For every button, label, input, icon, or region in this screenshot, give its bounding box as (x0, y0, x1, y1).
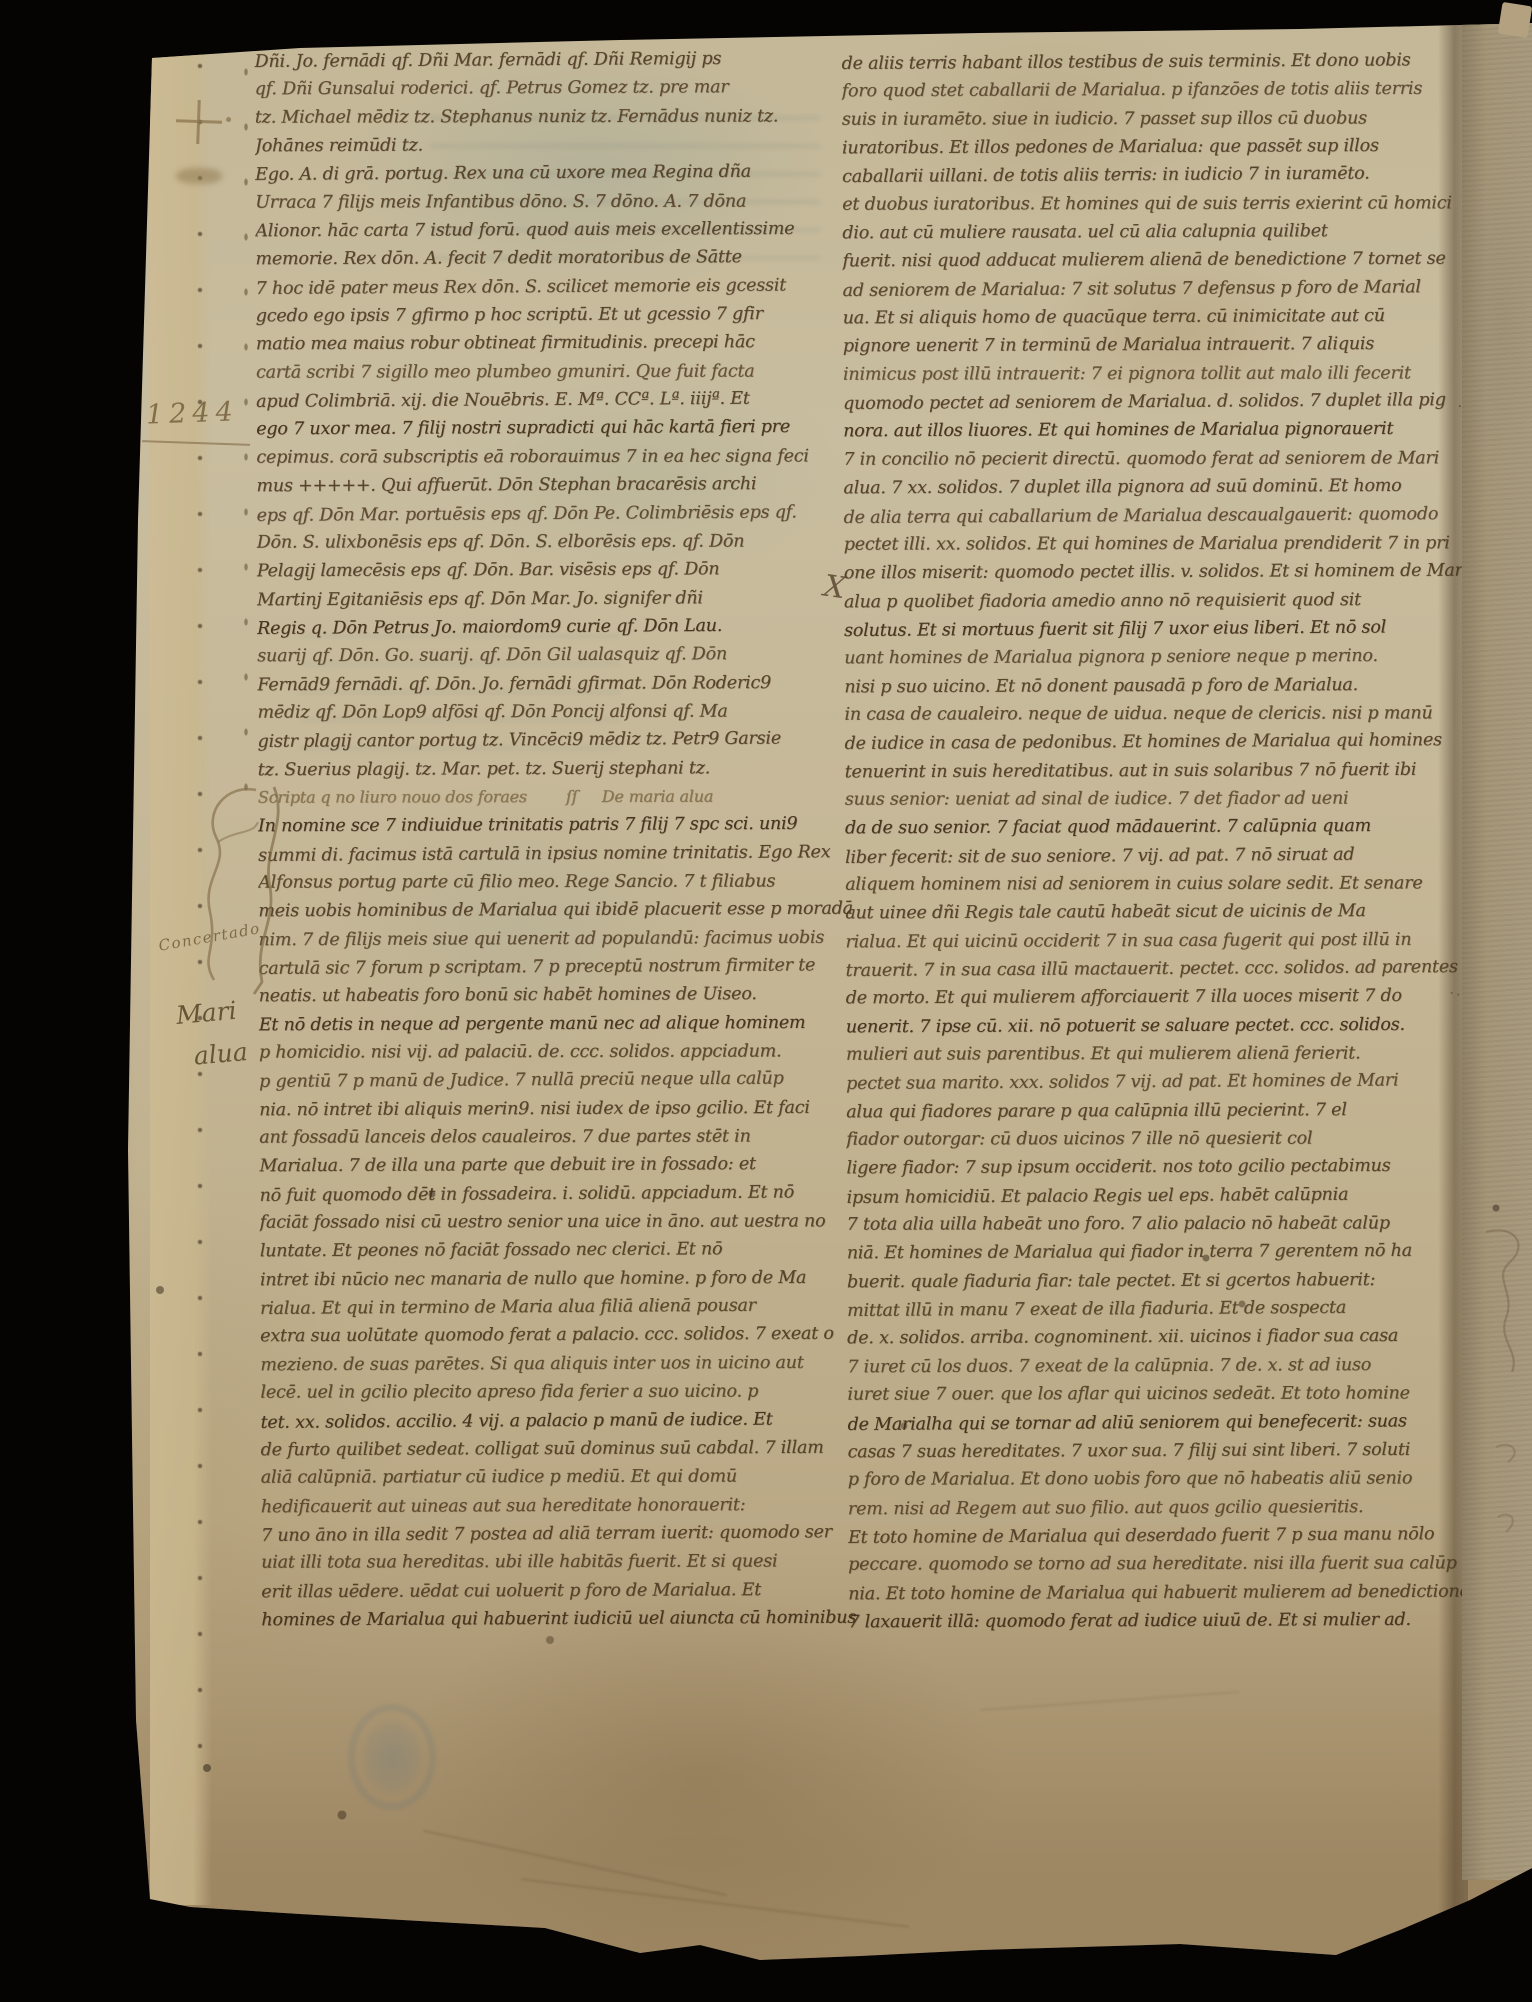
manuscript-line: intret ibi nūcio nec manaria de nullo qu… (260, 1263, 856, 1294)
manuscript-line: alua p quolibet fiadoria amedio anno nō … (844, 585, 1462, 616)
text-column-right: de aliis terris habant illos testibus de… (842, 47, 1467, 1637)
parchment-crease (521, 1878, 908, 1928)
manuscript-line: et duobus iuratoribus. Et homines qui de… (842, 189, 1460, 219)
manuscript-line: nim. 7 de filijs meis siue qui uenerit a… (258, 923, 854, 954)
manuscript-line: mēdiz qf. Dōn Lop9 alfōsi qf. Dōn Poncij… (257, 697, 853, 727)
manuscript-line: Pelagij lamecēsis eps qf. Dōn. Bar. visē… (257, 555, 853, 586)
manuscript-line: extra sua uolūtate quomodo ferat a palac… (260, 1320, 856, 1351)
manuscript-line: p homicidio. nisi vij. ad palaciū. de. c… (259, 1037, 855, 1067)
manuscript-line: Alfonsus portug parte cū filio meo. Rege… (258, 867, 854, 897)
manuscript-line: trauerit. 7 in sua casa illū mactauerit.… (845, 953, 1463, 985)
manuscript-line: dio. aut cū muliere rausata. uel cū alia… (842, 217, 1460, 248)
manuscript-line: fiador outorgar: cū duos uicinos 7 ille … (846, 1124, 1464, 1154)
manuscript-line: liber fecerit: sit de suo seniore. 7 vij… (845, 840, 1463, 872)
faded-margin-smudge (176, 168, 222, 184)
manuscript-line: de morto. Et qui mulierem afforciauerit … (846, 982, 1464, 1013)
manuscript-line: de. x. solidos. arriba. cognominent. xii… (847, 1322, 1465, 1353)
manuscript-line: rialua. Et qui uicinū occiderit 7 in sua… (845, 925, 1463, 956)
manuscript-line: mulieri aut suis parentibus. Et qui muli… (846, 1039, 1464, 1069)
ink-specks (0, 0, 4, 4)
manuscript-line: luntate. Et peones nō faciāt fossado nec… (260, 1235, 856, 1266)
margin-year-note: 1244 (145, 396, 239, 430)
cross-dot (226, 117, 231, 122)
manuscript-line: rialua. Et qui in termino de Maria alua … (260, 1291, 856, 1323)
manuscript-line: de furto quilibet sedeat. colligat suū d… (261, 1434, 857, 1465)
manuscript-photo: Dñi. Jo. fernādi qf. Dñi Mar. fernādi qf… (0, 0, 1532, 2002)
parchment-corner-tab (1498, 2, 1532, 38)
manuscript-line: aliquem hominem nisi ad seniorem in cuiu… (845, 869, 1463, 899)
manuscript-line: Et toto homine de Marialua qui deserdado… (848, 1520, 1466, 1552)
manuscript-line: mus +++++. Qui affuerūt. Dōn Stephan bra… (256, 470, 852, 501)
manuscript-line: Scripta q no liuro nouo dos foraes ſſ De… (258, 782, 854, 812)
manuscript-line: aut uinee dñi Regis tale cautū habeāt si… (845, 897, 1463, 928)
manuscript-line: caballarii uillani. de totis aliis terri… (842, 159, 1460, 191)
manuscript-line: in casa de caualeiro. neque de uidua. ne… (844, 699, 1462, 729)
manuscript-line: pignore uenerit 7 in terminū de Marialua… (843, 330, 1461, 361)
manuscript-line: da de suo senior. 7 faciat quod mādaueri… (845, 812, 1463, 843)
manuscript-line: 7 uno āno in illa sedit 7 postea ad aliā… (261, 1518, 857, 1550)
manuscript-line: tz. Michael mēdiz tz. Stephanus nuniz tz… (255, 102, 851, 132)
manuscript-line: de alia terra qui caballarium de Marialu… (843, 500, 1461, 532)
manuscript-line: Alionor. hāc carta 7 istud forū. quod au… (255, 215, 851, 246)
manuscript-line: buerit. quale fiaduria fiar: tale pectet… (847, 1265, 1465, 1296)
manuscript-line: ua. Et si aliquis homo de quacūque terra… (843, 302, 1461, 333)
manuscript-line: ipsum homicidiū. Et palacio Regis uel ep… (846, 1180, 1464, 1212)
manuscript-line: matio mea maius robur obtineat firmitudi… (256, 328, 852, 359)
manuscript-line: 7 tota alia uilla habeāt uno foro. 7 ali… (847, 1209, 1465, 1239)
manuscript-line: nora. aut illos liuores. Et qui homines … (843, 415, 1461, 446)
manuscript-line: de aliis terris habant illos testibus de… (842, 46, 1460, 78)
manuscript-line: one illos miserit: quomodo pectet illis.… (844, 557, 1462, 588)
manuscript-line: Et nō detis in neque ad pergente manū ne… (259, 1008, 855, 1039)
manuscript-line: nisi p suo uicino. Et nō donent pausadā … (844, 670, 1462, 701)
manuscript-line: nia. Et toto homine de Marialua qui habu… (848, 1577, 1466, 1608)
manuscript-line: pectet illi. xx. solidos. Et qui homines… (844, 529, 1462, 559)
manuscript-line: 7 iuret cū los duos. 7 exeat de la calūp… (847, 1350, 1465, 1381)
manuscript-line: suus senior: ueniat ad sinal de iudice. … (845, 784, 1463, 814)
margin-title-note: Mari alua (174, 989, 249, 1079)
manuscript-line: Marialua. 7 de illa una parte que debuit… (259, 1150, 855, 1181)
manuscript-line: gistr plagij cantor portug tz. Vincēci9 … (257, 724, 853, 756)
manuscript-line: ego 7 uxor mea. 7 filij nostri supradict… (256, 413, 852, 444)
manuscript-line: peccare. quomodo se torno ad sua heredit… (848, 1550, 1466, 1580)
text-column-left: Dñi. Jo. fernādi qf. Dñi Mar. fernādi qf… (255, 45, 858, 1635)
manuscript-line: apud Colimbriā. xij. die Nouēbris. E. Mª… (256, 384, 852, 416)
manuscript-line: nō fuit quomodo dēt in fossadeira. i. so… (259, 1178, 855, 1210)
manuscript-line: eps qf. Dōn Mar. portuēsis eps qf. Dōn P… (256, 498, 852, 530)
manuscript-line: faciāt fossado nisi cū uestro senior una… (260, 1207, 856, 1237)
manuscript-line: 7 hoc idē pater meus Rex dōn. S. scilice… (256, 271, 852, 303)
manuscript-line: iuret siue 7 ouer. que los aflar qui uic… (847, 1379, 1465, 1409)
manuscript-line: neatis. ut habeatis foro bonū sic habēt … (259, 980, 855, 1011)
manuscript-line: alua qui fiadores parare p qua calūpnia … (846, 1095, 1464, 1126)
manuscript-line: tet. xx. solidos. accilio. 4 vij. a pala… (260, 1405, 856, 1437)
manuscript-line: 7 in concilio nō pecierit directū. quomo… (843, 444, 1461, 474)
manuscript-line: mezieno. de suas parētes. Si qua aliquis… (260, 1349, 856, 1380)
manuscript-line: cartā scribi 7 sigillo meo plumbeo gmuni… (256, 357, 852, 387)
margin-title-note-line2: alua (192, 1031, 249, 1078)
manuscript-line: qf. Dñi Gunsalui roderici. qf. Petrus Go… (255, 73, 851, 104)
manuscript-line: tenuerint in suis hereditatibus. aut in … (845, 755, 1463, 786)
manuscript-line: de iudice in casa de pedonibus. Et homin… (844, 726, 1462, 758)
manuscript-line: uant homines de Marialua pignora p senio… (844, 642, 1462, 673)
margin-cross-icon (175, 99, 223, 145)
manuscript-line: rem. nisi ad Regem aut suo filio. aut qu… (848, 1492, 1466, 1523)
manuscript-line: Regis q. Dōn Petrus Jo. maiordom9 curie … (257, 611, 853, 643)
manuscript-line: quomodo pectet ad seniorem de Marialua. … (843, 386, 1461, 418)
manuscript-line: fuerit. nisi quod adducat mulierem alien… (842, 245, 1460, 276)
manuscript-line: p gentiū 7 p manū de Judice. 7 nullā pre… (259, 1064, 855, 1096)
manuscript-line: aliā calūpniā. partiatur cū iudice p med… (261, 1463, 857, 1493)
manuscript-line: Dōn. S. ulixbonēsis eps qf. Dōn. S. elbo… (257, 527, 853, 557)
manuscript-line: homines de Marialua qui habuerint iudici… (261, 1604, 857, 1635)
archive-stamp (348, 1704, 436, 1810)
manuscript-line: Dñi. Jo. fernādi qf. Dñi Mar. fernādi qf… (255, 44, 851, 76)
manuscript-line: uenerit. 7 ipse cū. xii. nō potuerit se … (846, 1010, 1464, 1041)
manuscript-line: cepimus. corā subscriptis eā roborauimus… (256, 442, 852, 472)
manuscript-line: iuratoribus. Et illos pedones de Marialu… (842, 132, 1460, 163)
parchment-page: Dñi. Jo. fernādi qf. Dñi Mar. fernādi qf… (0, 0, 1532, 2002)
manuscript-line: tz. Suerius plagij. tz. Mar. pet. tz. Su… (258, 753, 854, 784)
manuscript-line: Ego. A. di grā. portug. Rex una cū uxore… (255, 157, 851, 189)
manuscript-line: lecē. uel in gcilio plecito apreso fida … (260, 1377, 856, 1407)
manuscript-line: solutus. Et si mortuus fuerit sit filij … (844, 613, 1462, 645)
manuscript-line: memorie. Rex dōn. A. fecit 7 dedit morat… (255, 243, 851, 274)
next-folio-edge (1462, 20, 1532, 1880)
manuscript-line: cartulā sic 7 forum p scriptam. 7 p prec… (258, 951, 854, 983)
parchment-crease (980, 1691, 1240, 1711)
manuscript-line: Urraca 7 filijs meis Infantibus dōno. S.… (255, 187, 851, 217)
manuscript-line: hedificauerit aut uineas aut sua heredit… (261, 1490, 857, 1521)
pen-trial-scribble (1476, 1222, 1532, 1552)
manuscript-line: summi di. facimus istā cartulā in ipsius… (258, 838, 854, 870)
manuscript-line: foro quod stet caballarii de Marialua. p… (842, 75, 1460, 106)
manuscript-line: inimicus post illū intrauerit: 7 ei pign… (843, 359, 1461, 389)
manuscript-line: gcedo ego ipsis 7 gfirmo p hoc scriptū. … (256, 300, 852, 331)
manuscript-line: ad seniorem de Marialua: 7 sit solutus 7… (843, 273, 1461, 305)
manuscript-line: alua. 7 xx. solidos. 7 duplet illa pigno… (843, 472, 1461, 503)
manuscript-line: mittat illū in manu 7 exeat de illa fiad… (847, 1293, 1465, 1325)
manuscript-line: uiat illi tota sua hereditas. ubi ille h… (261, 1548, 857, 1578)
manuscript-line: In nomine sce 7 indiuidue trinitatis pat… (258, 810, 854, 841)
manuscript-line: casas 7 suas hereditates. 7 uxor sua. 7 … (848, 1435, 1466, 1466)
pen-flourish-initial (196, 782, 296, 997)
manuscript-line: 7 laxauerit illā: quomodo ferat ad iudic… (848, 1606, 1466, 1637)
manuscript-line: ant fossadū lanceis delos caualeiros. 7 … (259, 1122, 855, 1152)
manuscript-line: de Marialha qui se tornar ad aliū senior… (847, 1406, 1465, 1438)
manuscript-line: meis uobis hominibus de Marialua qui ibi… (258, 895, 854, 926)
manuscript-line: Fernād9 fernādi. qf. Dōn. Jo. fernādi gf… (257, 668, 853, 699)
manuscript-line: erit illas uēdere. uēdat cui uoluerit p … (261, 1575, 857, 1606)
manuscript-line: p foro de Marialua. Et dono uobis foro q… (848, 1464, 1466, 1494)
margin-title-note-line1: Mari (174, 989, 245, 1037)
manuscript-line: ligere fiador: 7 sup ipsum occiderit. no… (846, 1152, 1464, 1183)
manuscript-line: nia. nō intret ibi aliquis merin9. nisi … (259, 1093, 855, 1124)
manuscript-line: niā. Et homines de Marialua qui fiador i… (847, 1237, 1465, 1268)
manuscript-line: suis in iuramēto. siue in iudicio. 7 pas… (842, 104, 1460, 134)
manuscript-line: suarij qf. Dōn. Go. suarij. qf. Dōn Gil … (257, 640, 853, 671)
manuscript-line: Johānes reimūdi tz. (255, 130, 851, 161)
manuscript-line: pectet sua marito. xxx. solidos 7 vij. a… (846, 1066, 1464, 1098)
manuscript-line: Martinj Egitaniēsis eps qf. Dōn Mar. Jo.… (257, 583, 853, 614)
